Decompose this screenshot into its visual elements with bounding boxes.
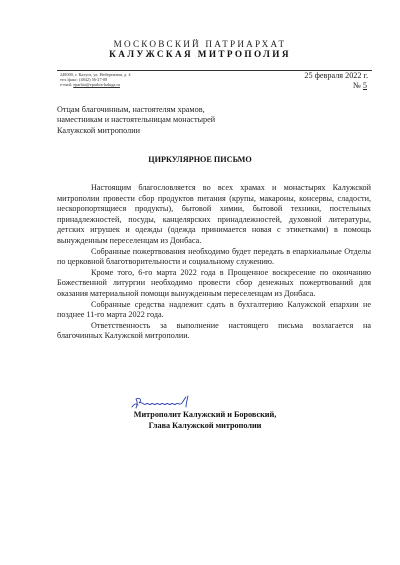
recipient-line: Калужской митрополии: [57, 126, 215, 136]
email-link[interactable]: eparhia@eparhia-kaluga.ru: [73, 82, 120, 87]
recipient-line: Отцам благочинным, настоятелям храмов,: [57, 105, 215, 115]
number-value: 5: [363, 81, 367, 90]
signatory-title: Митрополит Калужский и Боровский,: [100, 410, 310, 421]
body-paragraph: Ответственность за выполнение настоящего…: [57, 321, 371, 342]
letter-number: № 5: [353, 81, 367, 90]
body-paragraph: Кроме того, 6-го марта 2022 года в Проще…: [57, 268, 371, 300]
body-paragraph: Собранные средства надлежит сдать в бухг…: [57, 300, 371, 321]
recipient-line: наместникам и настоятельницам монастырей: [57, 115, 215, 125]
letterhead-metropolis: КАЛУЖСКАЯ МИТРОПОЛИЯ: [0, 49, 400, 59]
signatory-position: Глава Калужской митрополии: [100, 421, 310, 432]
letter-date: 25 февраля 2022 г.: [304, 71, 368, 80]
body-paragraph: Настоящим благословляется во всех храмах…: [57, 183, 371, 247]
sender-address: 248000, г. Калуга, ул. Набережная, д. 4 …: [60, 72, 130, 88]
handwritten-signature-icon: [130, 394, 200, 410]
recipients-block: Отцам благочинным, настоятелям храмов, н…: [57, 105, 215, 136]
signatory-block: Митрополит Калужский и Боровский, Глава …: [100, 410, 310, 431]
document-title: ЦИРКУЛЯРНОЕ ПИСЬМО: [0, 155, 400, 164]
body-paragraph: Собранные пожертвования необходимо будет…: [57, 247, 371, 268]
address-email-line: e-mail: eparhia@eparhia-kaluga.ru: [60, 82, 130, 87]
number-prefix: №: [353, 81, 363, 90]
email-label: e-mail:: [60, 82, 73, 87]
letter-body: Настоящим благословляется во всех храмах…: [57, 183, 371, 342]
letterhead-patriarchate: МОСКОВСКИЙ ПАТРИАРХАТ: [0, 39, 400, 49]
